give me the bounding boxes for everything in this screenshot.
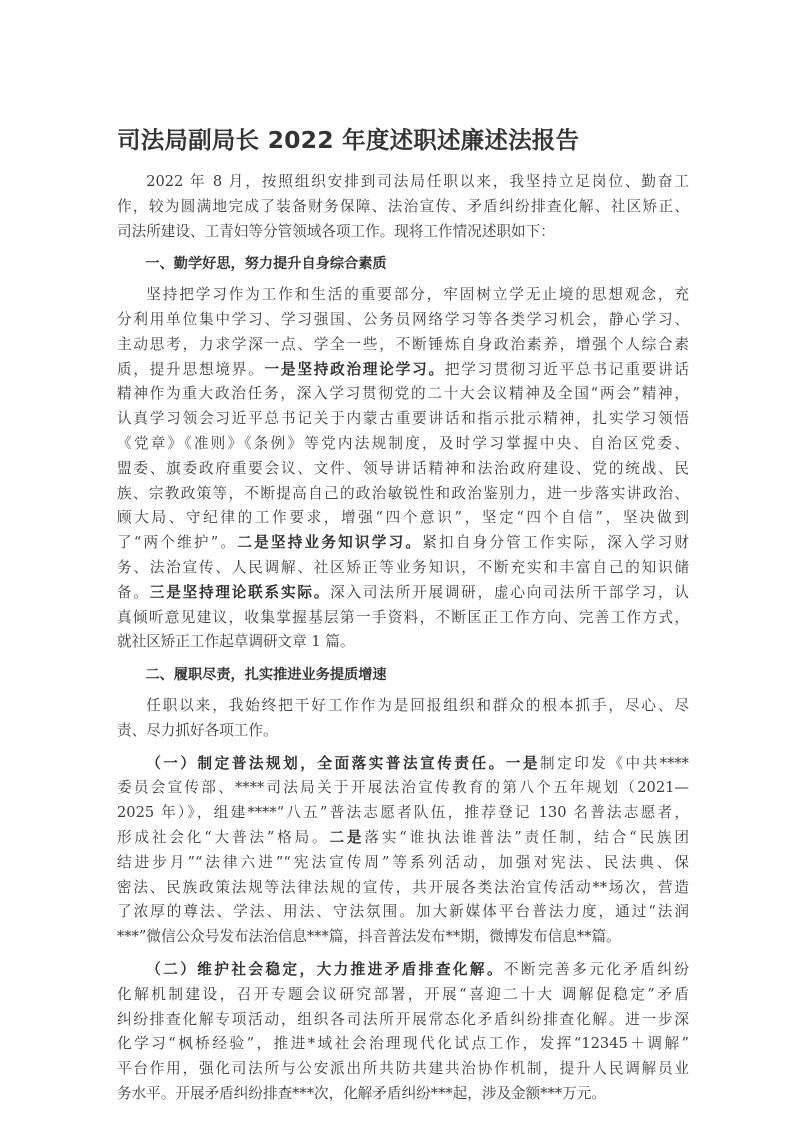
text-line: 分利用单位集中学习、学习强国、公务员网络学习等各类学习机会，静心学习、 bbox=[117, 308, 689, 333]
text-line: 就社区矫正工作起草调研文章 1 篇。 bbox=[117, 630, 689, 655]
text-line: 了浓厚的尊法、学法、用法、守法氛围。加大新媒体平台普法力度，通过“法润 bbox=[117, 900, 689, 925]
text-line: 委员会宣传部、****司法局关于开展法治宣传教育的第八个五年规划（2021— bbox=[117, 776, 689, 801]
document-page: 司法局副局长 2022 年度述职述廉述法报告 2022 年 8 月，按照组织安排… bbox=[117, 120, 689, 1107]
text-line: 真倾听意见建议，收集掌握基层第一手资料，不断匡正工作方向、完善工作方式， bbox=[117, 606, 689, 631]
text-run: 质，提升思想境界。 bbox=[117, 361, 265, 378]
text-line: 化学习“枫桥经验”，推进*域社会治理现代化试点工作，发挥“12345＋调解” bbox=[117, 1032, 689, 1057]
text-line: 《党章》《准则》《条例》等党内法规制度，及时学习掌握中央、自治区党委、 bbox=[117, 432, 689, 457]
bold-lead: 一是坚持政治理论学习。 bbox=[265, 361, 445, 378]
text-line: （一）制定普法规划，全面落实普法宣传责任。一是制定印发《中共**** bbox=[117, 752, 689, 777]
text-line: 盟委、旗委政府重要会议、文件、领导讲话精神和法治政府建设、党的统战、民 bbox=[117, 457, 689, 482]
section2-intro: 任职以来，我始终把干好工作作为是回报组织和群众的根本抓手，尽心、尽 责、尽力抓好… bbox=[117, 694, 689, 744]
bold-lead: 三是坚持理论联系实际。 bbox=[150, 584, 330, 601]
text-line: 精神作为重大政治任务，深入学习贯彻党的二十大会议精神及全国“两会”精神， bbox=[117, 382, 689, 407]
subsection-lead: （二）维护社会稳定，大力推进矛盾排查化解。 bbox=[146, 961, 504, 978]
section-heading-2: 二、履职尽责，扎实推进业务提质增速 bbox=[117, 663, 689, 688]
text-line: 责、尽力抓好各项工作。 bbox=[117, 719, 689, 744]
text-line: 务、法治宣传、人民调解、社区矫正等业务知识，不断充实和丰富自己的知识储 bbox=[117, 556, 689, 581]
text-line: ***”微信公众号发布法治信息***篇，抖音普法发布**期，微博发布信息**篇。 bbox=[117, 925, 689, 950]
text-line: 平台作用，强化司法所与公安派出所共防共建共治协作机制，提升人民调解员业 bbox=[117, 1057, 689, 1082]
subsection-lead: （一）制定普法规划，全面落实普法宣传责任。 bbox=[146, 755, 506, 772]
text-run: 不断完善多元化矛盾纠纷 bbox=[504, 961, 689, 978]
text-run: 备。 bbox=[117, 584, 150, 601]
text-line: 结进步月”“法律六进”“宪法宣传周”等系列活动，加强对宪法、民法典、保 bbox=[117, 851, 689, 876]
text-run: 紧扣自身分管工作实际，深入学习财 bbox=[422, 534, 689, 551]
text-run: 落实“谁执法谁普法”责任制，结合“民族团 bbox=[364, 829, 689, 846]
text-run: 制定印发《中共**** bbox=[540, 755, 689, 772]
text-line: 密法、民族政策法规等法律法规的宣传，共开展各类法治宣传活动**场次，营造 bbox=[117, 876, 689, 901]
text-run: 形成社会化“大普法”格局。 bbox=[117, 829, 329, 846]
text-line: 化解机制建设，召开专题会议研究部署，开展“喜迎二十大 调解促稳定”矛盾 bbox=[117, 983, 689, 1008]
document-title: 司法局副局长 2022 年度述职述廉述法报告 bbox=[117, 120, 689, 160]
text-line: 质，提升思想境界。一是坚持政治理论学习。把学习贯彻习近平总书记重要讲话 bbox=[117, 358, 689, 383]
text-line: 顾大局、守纪律的工作要求，增强“四个意识”，坚定“四个自信”，坚决做到 bbox=[117, 506, 689, 531]
intro-paragraph: 2022 年 8 月，按照组织安排到司法局任职以来，我坚持立足岗位、勤奋工 作，… bbox=[117, 170, 689, 244]
text-line: 务水平。开展矛盾纠纷排查***次，化解矛盾纠纷***起，涉及金额***万元。 bbox=[117, 1082, 689, 1107]
text-run: 把学习贯彻习近平总书记重要讲话 bbox=[445, 361, 689, 378]
text-line: 司法所建设、工青妇等分管领域各项工作。现将工作情况述职如下： bbox=[117, 220, 689, 245]
text-line: 2022 年 8 月，按照组织安排到司法局任职以来，我坚持立足岗位、勤奋工 bbox=[117, 170, 689, 195]
section-heading-1: 一、勤学好思，努力提升自身综合素质 bbox=[117, 252, 689, 277]
subsection-2: （二）维护社会稳定，大力推进矛盾排查化解。不断完善多元化矛盾纠纷 化解机制建设，… bbox=[117, 958, 689, 1107]
bold-lead: 二是坚持业务知识学习。 bbox=[237, 534, 422, 551]
text-line: 纠纷排查化解专项活动，组织各司法所开展常态化矛盾纠纷排查化解。进一步深 bbox=[117, 1008, 689, 1033]
text-line: 任职以来，我始终把干好工作作为是回报组织和群众的根本抓手，尽心、尽 bbox=[117, 694, 689, 719]
text-line: 认真学习领会习近平总书记关于内蒙古重要讲话和指示批示精神，扎实学习领悟 bbox=[117, 407, 689, 432]
text-line: 备。三是坚持理论联系实际。深入司法所开展调研，虚心向司法所干部学习，认 bbox=[117, 581, 689, 606]
text-line: 形成社会化“大普法”格局。二是落实“谁执法谁普法”责任制，结合“民族团 bbox=[117, 826, 689, 851]
section1-paragraph: 坚持把学习作为工作和生活的重要部分，牢固树立学无止境的思想观念，充 分利用单位集… bbox=[117, 283, 689, 655]
text-line: 族、宗教政策等，不断提高自己的政治敏锐性和政治鉴别力，进一步落实讲政治、 bbox=[117, 482, 689, 507]
text-line: 主动思考，力求学深一点、学全一些，不断锤炼自身政治素养，增强个人综合素 bbox=[117, 333, 689, 358]
subsection-1: （一）制定普法规划，全面落实普法宣传责任。一是制定印发《中共**** 委员会宣传… bbox=[117, 752, 689, 950]
text-line: 了“两个维护”。二是坚持业务知识学习。紧扣自身分管工作实际，深入学习财 bbox=[117, 531, 689, 556]
text-line: 作，较为圆满地完成了装备财务保障、法治宣传、矛盾纠纷排查化解、社区矫正、 bbox=[117, 195, 689, 220]
bold-lead: 二是 bbox=[329, 829, 364, 846]
text-line: 坚持把学习作为工作和生活的重要部分，牢固树立学无止境的思想观念，充 bbox=[117, 283, 689, 308]
text-line: 2025 年）》，组建****“八五”普法志愿者队伍，推荐登记 130 名普法志… bbox=[117, 801, 689, 826]
text-run: 了“两个维护”。 bbox=[117, 534, 237, 551]
text-line: （二）维护社会稳定，大力推进矛盾排查化解。不断完善多元化矛盾纠纷 bbox=[117, 958, 689, 983]
bold-lead: 一是 bbox=[506, 755, 540, 772]
text-run: 深入司法所开展调研，虚心向司法所干部学习，认 bbox=[330, 584, 689, 601]
